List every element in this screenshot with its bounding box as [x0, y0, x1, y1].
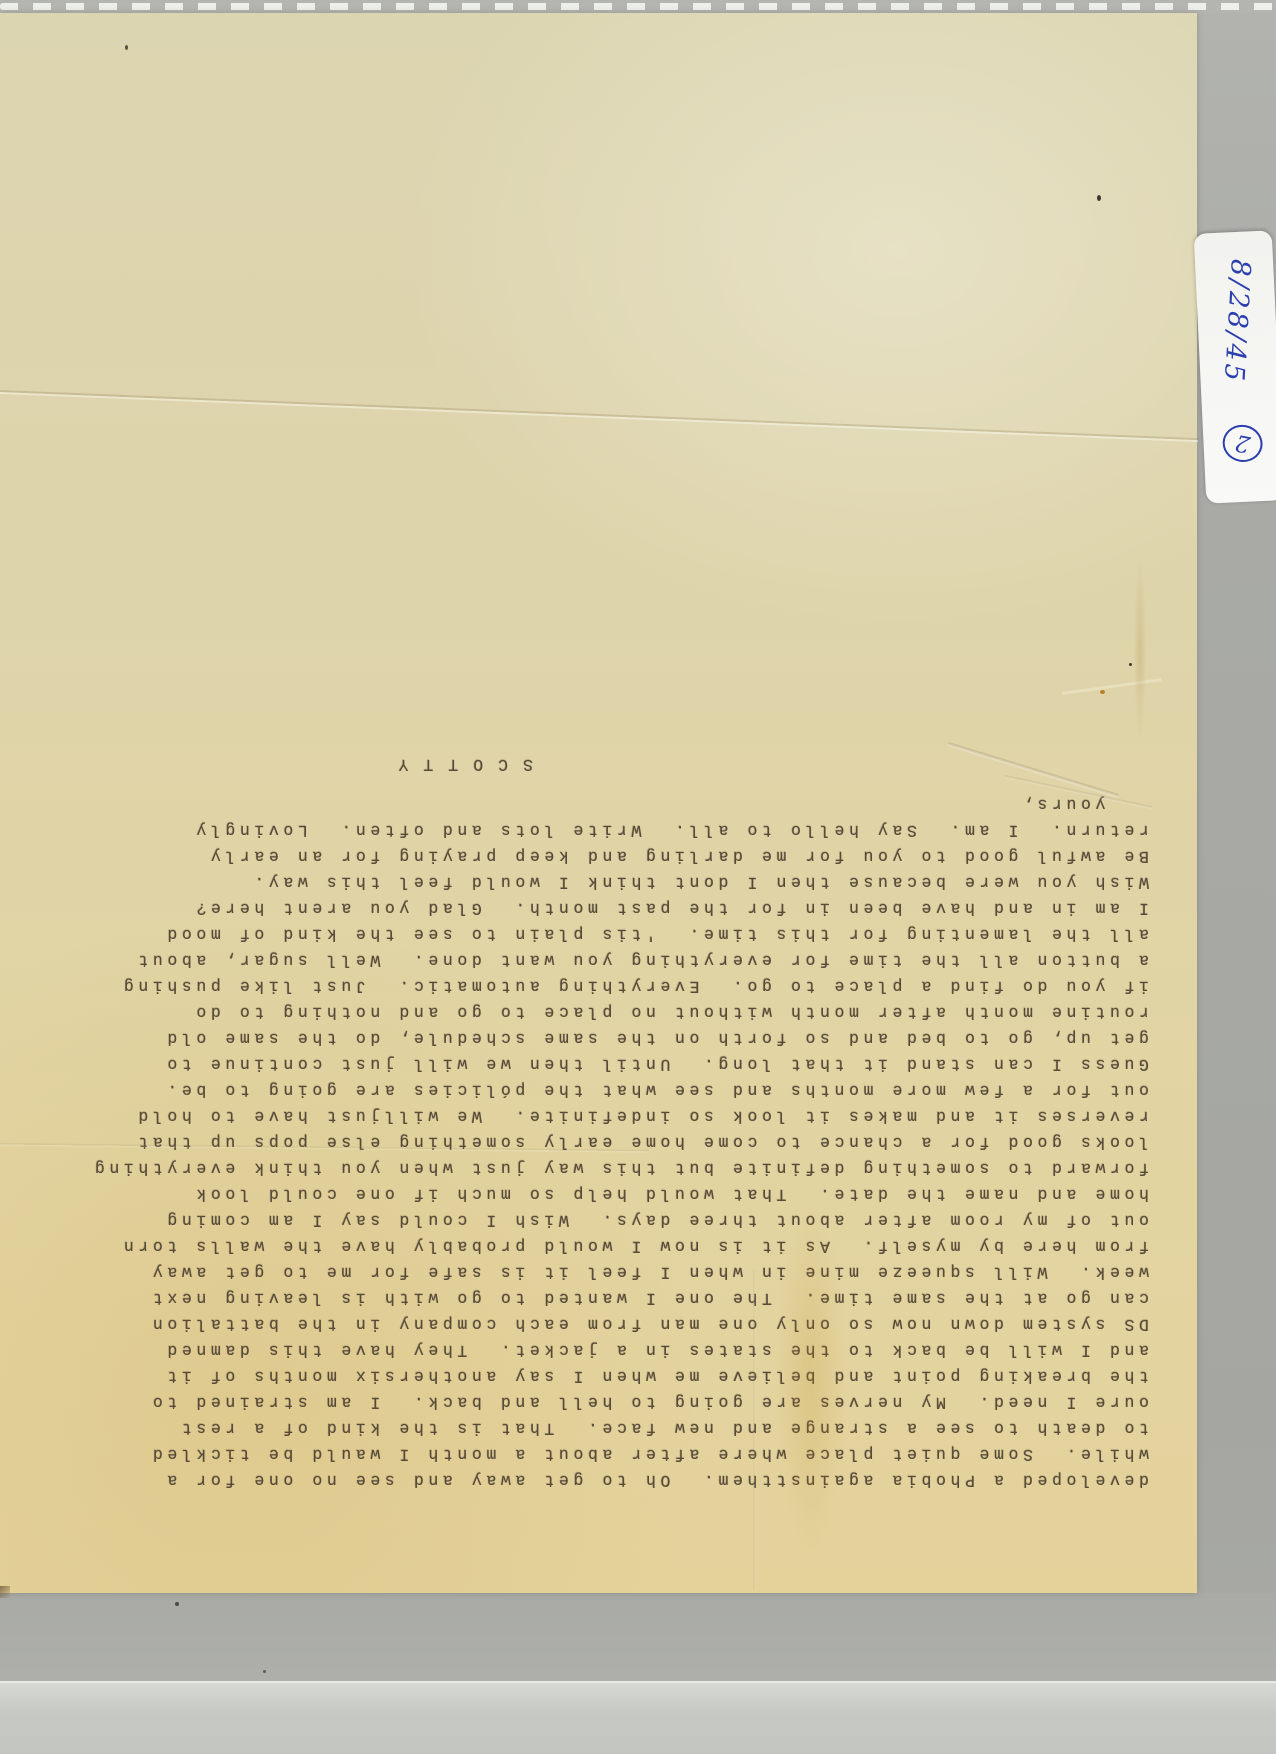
letter-line: DS system down now so only one man from …: [14, 1311, 1149, 1337]
letter-line: the breaking point and believe me when I…: [14, 1363, 1149, 1389]
signature: SCOTTY: [14, 751, 533, 777]
letter-line: developed a Phobia againstthem. Oh to ge…: [14, 1467, 1149, 1493]
page-number-badge: 2: [1219, 421, 1265, 465]
letter-line: if you do find a place to go. Everything…: [14, 973, 1149, 999]
letter-line: routine month after month without no pla…: [14, 999, 1149, 1025]
letter-line: all the lamenting for this time. 'tis pl…: [14, 921, 1149, 947]
letter-line: can go at the same time. The one I wante…: [14, 1285, 1149, 1311]
letter-line: get up, go to bed and so forth on the sa…: [14, 1025, 1149, 1051]
letter-line: a button all the time for everything you…: [14, 947, 1149, 973]
flipped-content: developed a Phobia againstthem. Oh to ge…: [0, 0, 1276, 1754]
letter-line: reverses it and makes it look so indefin…: [14, 1103, 1149, 1129]
letter-line: Be awful good to you for me darling and …: [14, 843, 1149, 869]
vertical-crease: [753, 1270, 756, 1590]
letter-line: forward to something definite but this w…: [14, 1155, 1149, 1181]
letter-line: oure I need. My nerves are going to hell…: [14, 1389, 1149, 1415]
letter-line: Wish you were because then I dont think …: [14, 869, 1149, 895]
paper-corner-shadow: [0, 1586, 10, 1598]
letter-line: Guess I can stand it that long. Until th…: [14, 1051, 1149, 1077]
letter-body: developed a Phobia againstthem. Oh to ge…: [14, 751, 1149, 1493]
letter-line: while. Some quiet place where after abou…: [14, 1441, 1149, 1467]
letter-line: I am in and have been in for the past mo…: [14, 895, 1149, 921]
letter-line: out for a few more months and see what t…: [14, 1077, 1149, 1103]
letter-line: and I will be back to the states in a ja…: [14, 1337, 1149, 1363]
letter-line: looks good for a chance to come home ear…: [14, 1129, 1149, 1155]
letter-line: to death to see a strange and new face. …: [14, 1415, 1149, 1441]
letter-line: home and name the date. That would help …: [14, 1181, 1149, 1207]
letter-line: week. Will squeeze mine in when I feel i…: [14, 1259, 1149, 1285]
scanned-letter-page: developed a Phobia againstthem. Oh to ge…: [0, 0, 1276, 1754]
letter-paper: developed a Phobia againstthem. Oh to ge…: [0, 13, 1197, 1593]
letter-line: yours,: [14, 791, 1149, 817]
letter-line: return. I am. Say hello to all. Write lo…: [14, 817, 1149, 843]
date-handwriting: 8/28/45: [1218, 258, 1256, 385]
letter-line: from here by myself. As it is now I woul…: [14, 1233, 1149, 1259]
archive-label: 2 8/28/45: [1194, 230, 1276, 503]
letter-line: out of my room after about three days. W…: [14, 1207, 1149, 1233]
